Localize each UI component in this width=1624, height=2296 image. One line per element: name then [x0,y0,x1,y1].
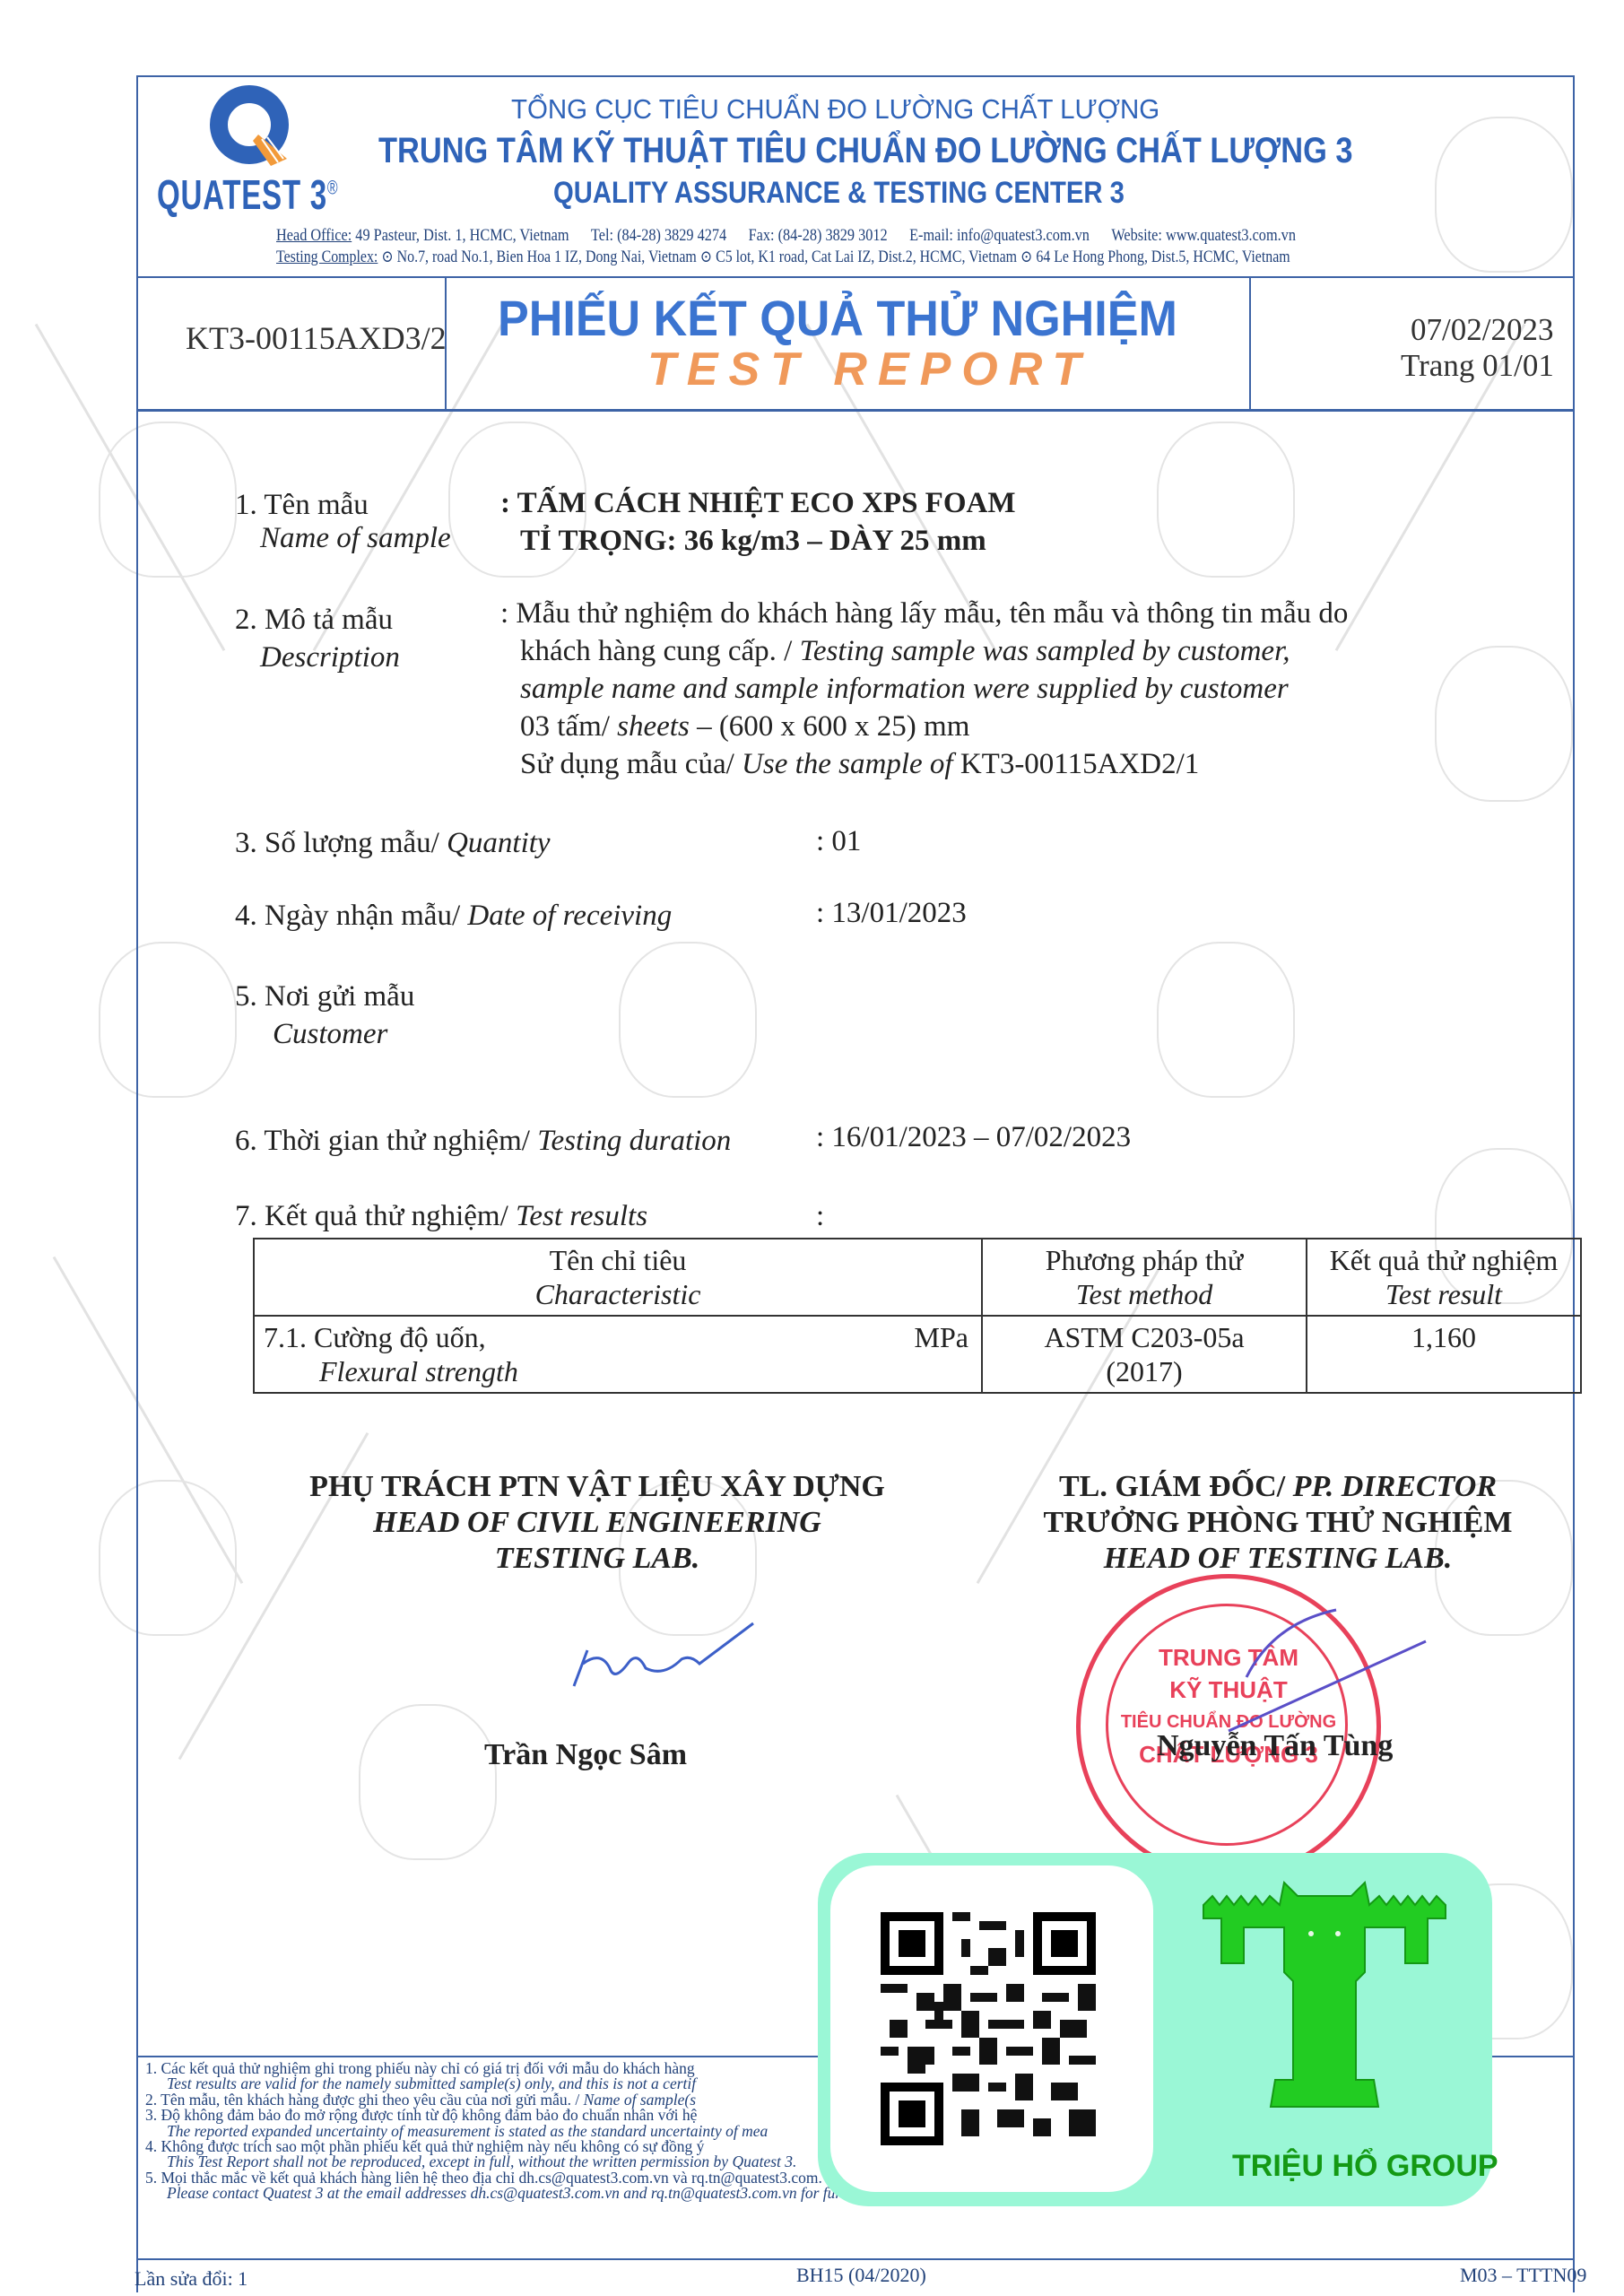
qr-code-icon[interactable] [881,1912,1096,2145]
field-date-receiving-label: 4. Ngày nhận mẫu/ Date of receiving [235,900,672,933]
customer-label-vi: 5. Nơi gửi mẫu [235,978,414,1015]
field-quantity-label: 3. Số lượng mẫu/ Quantity [235,827,551,860]
revision-label: Lần sửa đổi: 1 [135,2267,248,2291]
signature-right-icon [1220,1605,1435,1740]
tel: Tel: (84-28) 3829 4274 [591,227,726,245]
left-title-vi: PHỤ TRÁCH PTN VẬT LIỆU XÂY DỰNG [283,1469,911,1505]
method-line1: ASTM C203-05a [992,1320,1297,1354]
date-receiving-label-en: Date of receiving [467,900,672,932]
notes-bottom-border [136,2258,1573,2260]
header-divider [136,276,1573,278]
report-number: KT3-00115AXD3/2 [186,319,447,357]
head-office-address: 49 Pasteur, Dist. 1, HCMC, Vietnam [355,227,569,245]
fax: Fax: (84-28) 3829 3012 [749,227,888,245]
signature-left-block: PHỤ TRÁCH PTN VẬT LIỆU XÂY DỰNG HEAD OF … [283,1469,911,1577]
page-number: Trang 01/01 [1401,348,1554,384]
header-test-result: Kết quả thử nghiệm Test result [1307,1239,1581,1316]
report-title-vi: PHIẾU KẾT QUẢ THỬ NGHIỆM [498,289,1177,347]
location-pin-icon: ⊙ [700,248,712,266]
testing-complex-2: C5 lot, K1 road, Cat Lai IZ, Dist.2, HCM… [716,248,1017,266]
header-test-method-en: Test method [992,1277,1297,1311]
testing-complex-label: Testing Complex: [276,248,378,266]
quatest-q-icon [206,85,296,166]
form-code-right: M03 – TTTN09 [1460,2264,1586,2287]
description-line4-dims: – (600 x 600 x 25) mm [690,710,970,743]
signature-left-icon [565,1614,771,1695]
quantity-label-en: Quantity [447,827,550,859]
left-title-en-1: HEAD OF CIVIL ENGINEERING [283,1505,911,1541]
test-results-label-vi: 7. Kết quả thử nghiệm/ [235,1200,516,1232]
field-description-label: 2. Mô tả mẫu Description [235,601,400,676]
email[interactable]: E-mail: info@quatest3.com.vn [909,227,1090,245]
field-sample-name-value: : TẤM CÁCH NHIỆT ECO XPS FOAM TỈ TRỌNG: … [500,484,1015,560]
description-line2-vi: khách hàng cung cấp. / [520,635,800,667]
header-test-method-vi: Phương pháp thử [992,1243,1297,1277]
date-receiving-value: : 13/01/2023 [816,897,967,930]
signature-right-block: TL. GIÁM ĐỐC/ PP. DIRECTOR TRƯỞNG PHÒNG … [1009,1469,1547,1577]
website[interactable]: Website: www.quatest3.com.vn [1111,227,1296,245]
left-title-en-2: TESTING LAB. [283,1541,911,1577]
head-office-line: Head Office: 49 Pasteur, Dist. 1, HCMC, … [276,227,1296,246]
sample-name-line2: TỈ TRỌNG: 36 kg/m3 – DÀY 25 mm [520,522,1015,560]
description-label-en: Description [260,639,400,676]
agency-name: TỔNG CỤC TIÊU CHUẨN ĐO LƯỜNG CHẤT LƯỢNG [511,93,1159,126]
description-line4-en: sheets [617,710,690,743]
center-name-en: QUALITY ASSURANCE & TESTING CENTER 3 [553,176,1125,211]
trieu-ho-logo-icon [1194,1869,1455,2129]
method-line2: (2017) [992,1354,1297,1388]
report-date: 07/02/2023 [1411,312,1553,348]
field-test-results-label: 7. Kết quả thử nghiệm/ Test results [235,1200,647,1233]
header-characteristic-en: Characteristic [264,1277,972,1311]
registered-mark: ® [327,177,338,199]
cell-test-method: ASTM C203-05a (2017) [982,1316,1307,1393]
quantity-label-vi: 3. Số lượng mẫu/ [235,827,447,859]
qr-card [830,1865,1153,2192]
quantity-value: : 01 [816,825,861,858]
sample-name-label-vi: 1. Tên mẫu [235,489,451,522]
report-title-en: TEST REPORT [647,343,1091,396]
right-title-vi-1: TL. GIÁM ĐỐC/ [1059,1470,1293,1503]
brand-name: TRIỆU HỔ GROUP [1232,2149,1498,2184]
results-table: Tên chỉ tiêu Characteristic Phương pháp … [253,1238,1582,1394]
test-results-label-en: Test results [516,1200,647,1232]
header-test-result-vi: Kết quả thử nghiệm [1316,1243,1571,1277]
right-title-vi-2: TRƯỞNG PHÒNG THỬ NGHIỆM [1009,1505,1547,1541]
location-pin-icon: ⊙ [1020,248,1032,266]
description-line1: : Mẫu thử nghiệm do khách hàng lấy mẫu, … [500,595,1348,632]
description-line5-ref: KT3-00115AXD2/1 [960,748,1199,780]
field-testing-duration-label: 6. Thời gian thử nghiệm/ Testing duratio… [235,1125,731,1158]
header-test-result-en: Test result [1316,1277,1571,1311]
logo-text: QUATEST 3 [157,171,327,218]
customer-label-en: Customer [273,1015,414,1053]
header-characteristic: Tên chỉ tiêu Characteristic [254,1239,982,1316]
form-code-center: BH15 (04/2020) [796,2264,926,2287]
testing-duration-label-vi: 6. Thời gian thử nghiệm/ [235,1125,537,1157]
testing-complex-1: No.7, road No.1, Bien Hoa 1 IZ, Dong Nai… [397,248,697,266]
testing-duration-value: : 16/01/2023 – 07/02/2023 [816,1121,1131,1154]
header-characteristic-vi: Tên chỉ tiêu [264,1243,972,1277]
field-sample-name-label: 1. Tên mẫu Name of sample [235,489,451,555]
unit: MPa [915,1320,968,1354]
brand-overlay-panel: TRIỆU HỔ GROUP [818,1853,1492,2206]
header-test-method: Phương pháp thử Test method [982,1239,1307,1316]
characteristic-vi: 7.1. Cường độ uốn, [264,1320,972,1354]
signer-left-name: Trần Ngọc Sâm [484,1738,687,1772]
description-line3: sample name and sample information were … [520,670,1348,708]
field-customer-label: 5. Nơi gửi mẫu Customer [235,978,414,1053]
sample-name-line1: : TẤM CÁCH NHIỆT ECO XPS FOAM [500,484,1015,522]
cell-characteristic: 7.1. Cường độ uốn, Flexural strength MPa [254,1316,982,1393]
right-title-en-2: HEAD OF TESTING LAB. [1009,1541,1547,1577]
signer-right-name: Nguyễn Tấn Tùng [1157,1729,1393,1763]
table-row: 7.1. Cường độ uốn, Flexural strength MPa… [254,1316,1581,1393]
cell-test-result: 1,160 [1307,1316,1581,1393]
characteristic-en: Flexural strength [319,1354,972,1388]
center-name-vi: TRUNG TÂM KỸ THUẬT TIÊU CHUẨN ĐO LƯỜNG C… [378,131,1353,171]
table-header-row: Tên chỉ tiêu Characteristic Phương pháp … [254,1239,1581,1316]
quatest-logo: QUATEST 3® [157,81,381,233]
title-right-divider [1249,276,1251,411]
sample-name-label-en: Name of sample [260,522,451,555]
test-results-colon: : [816,1200,824,1233]
description-label-vi: 2. Mô tả mẫu [235,601,400,639]
testing-duration-label-en: Testing duration [537,1125,731,1157]
location-pin-icon: ⊙ [381,248,393,266]
description-line5-vi: Sử dụng mẫu của/ [520,748,742,780]
right-title-en-1: PP. DIRECTOR [1293,1470,1497,1503]
description-line2-en: Testing sample was sampled by customer, [800,635,1290,667]
head-office-label: Head Office: [276,227,352,245]
description-line5-en: Use the sample of [742,748,960,780]
field-description-value: : Mẫu thử nghiệm do khách hàng lấy mẫu, … [500,595,1348,783]
testing-complex-3: 64 Le Hong Phong, Dist.5, HCMC, Vietnam [1036,248,1290,266]
date-receiving-label-vi: 4. Ngày nhận mẫu/ [235,900,467,932]
title-divider [136,409,1573,412]
testing-complex-line: Testing Complex: ⊙ No.7, road No.1, Bien… [276,248,1290,267]
description-line4-vi: 03 tấm/ [520,710,617,743]
